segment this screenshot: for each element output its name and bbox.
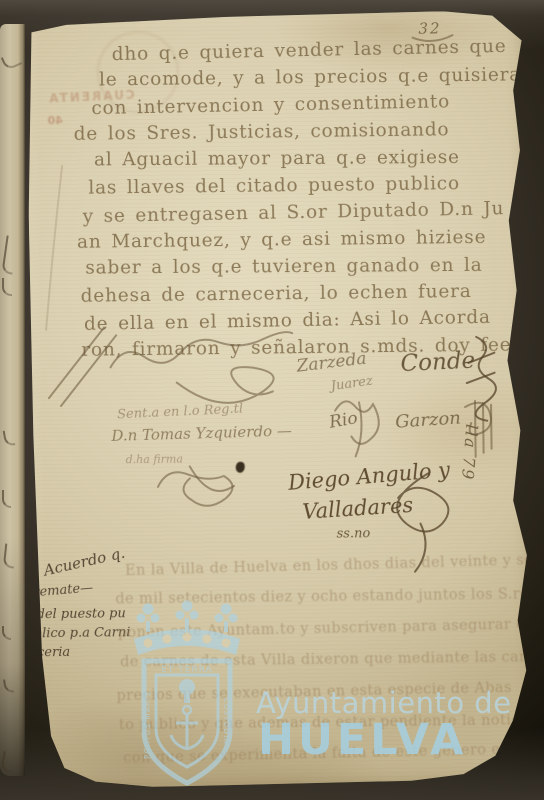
- signature-swash: [177, 367, 274, 404]
- ink-mark: [2, 278, 12, 296]
- firma-note: d.ha firma: [126, 452, 183, 466]
- previous-page-edge: [0, 24, 25, 776]
- signature-rio: Rio: [328, 408, 359, 433]
- signature-conde: Conde: [400, 348, 476, 377]
- rubric-loop: [158, 472, 233, 507]
- rotated-margin-annotation: lla 79: [458, 423, 481, 481]
- signature-tomas-yzquierdo: D.n Tomas Yzquierdo —: [111, 422, 292, 445]
- archival-document-scan: CUARENTA 40 32 dho q.e quiera vender las…: [0, 0, 544, 800]
- ink-blot: [236, 462, 245, 473]
- ink-mark: [1, 235, 17, 274]
- margin-note-line: Acuerdo q.: [42, 544, 127, 580]
- ink-mark: [3, 429, 16, 446]
- signature-diego-angulo-line1: Diego Angulo y: [287, 458, 451, 495]
- manuscript-line: saber a los q.e tuvieren ganado en la: [85, 251, 523, 281]
- margin-note-line: del puesto pu: [36, 606, 125, 622]
- margin-note-line: remate—: [33, 581, 94, 601]
- ink-mark: [0, 751, 15, 773]
- margin-note-line: ceria: [37, 645, 70, 660]
- escribano-abbreviation: ss.no: [337, 526, 371, 541]
- closing-paragraph: En la Villa de Huelva en los dhos dias d…: [115, 548, 530, 773]
- signature-juarez: Juarez: [330, 374, 374, 395]
- signature-garzon: Garzon: [395, 407, 462, 432]
- registry-note: Sent.a en l.o Reg.tl: [117, 402, 244, 423]
- ink-mark: [3, 543, 16, 568]
- ink-mark: [3, 678, 14, 693]
- manuscript-line: an Marchquez, y q.e asi mismo hiziese: [77, 223, 523, 255]
- manuscript-line: al Aguacil mayor para q.e exigiese: [94, 143, 522, 173]
- ink-mark: [2, 626, 11, 640]
- rubric-loop-tail: [190, 466, 234, 491]
- manuscript-page: CUARENTA 40 32 dho q.e quiera vender las…: [24, 10, 536, 788]
- ink-mark: [1, 51, 22, 71]
- signature-diego-angulo-line2: Valladares: [302, 493, 414, 524]
- ink-mark: [2, 490, 11, 508]
- main-text-block: dho q.e quiera vender las carnes que le …: [49, 34, 525, 364]
